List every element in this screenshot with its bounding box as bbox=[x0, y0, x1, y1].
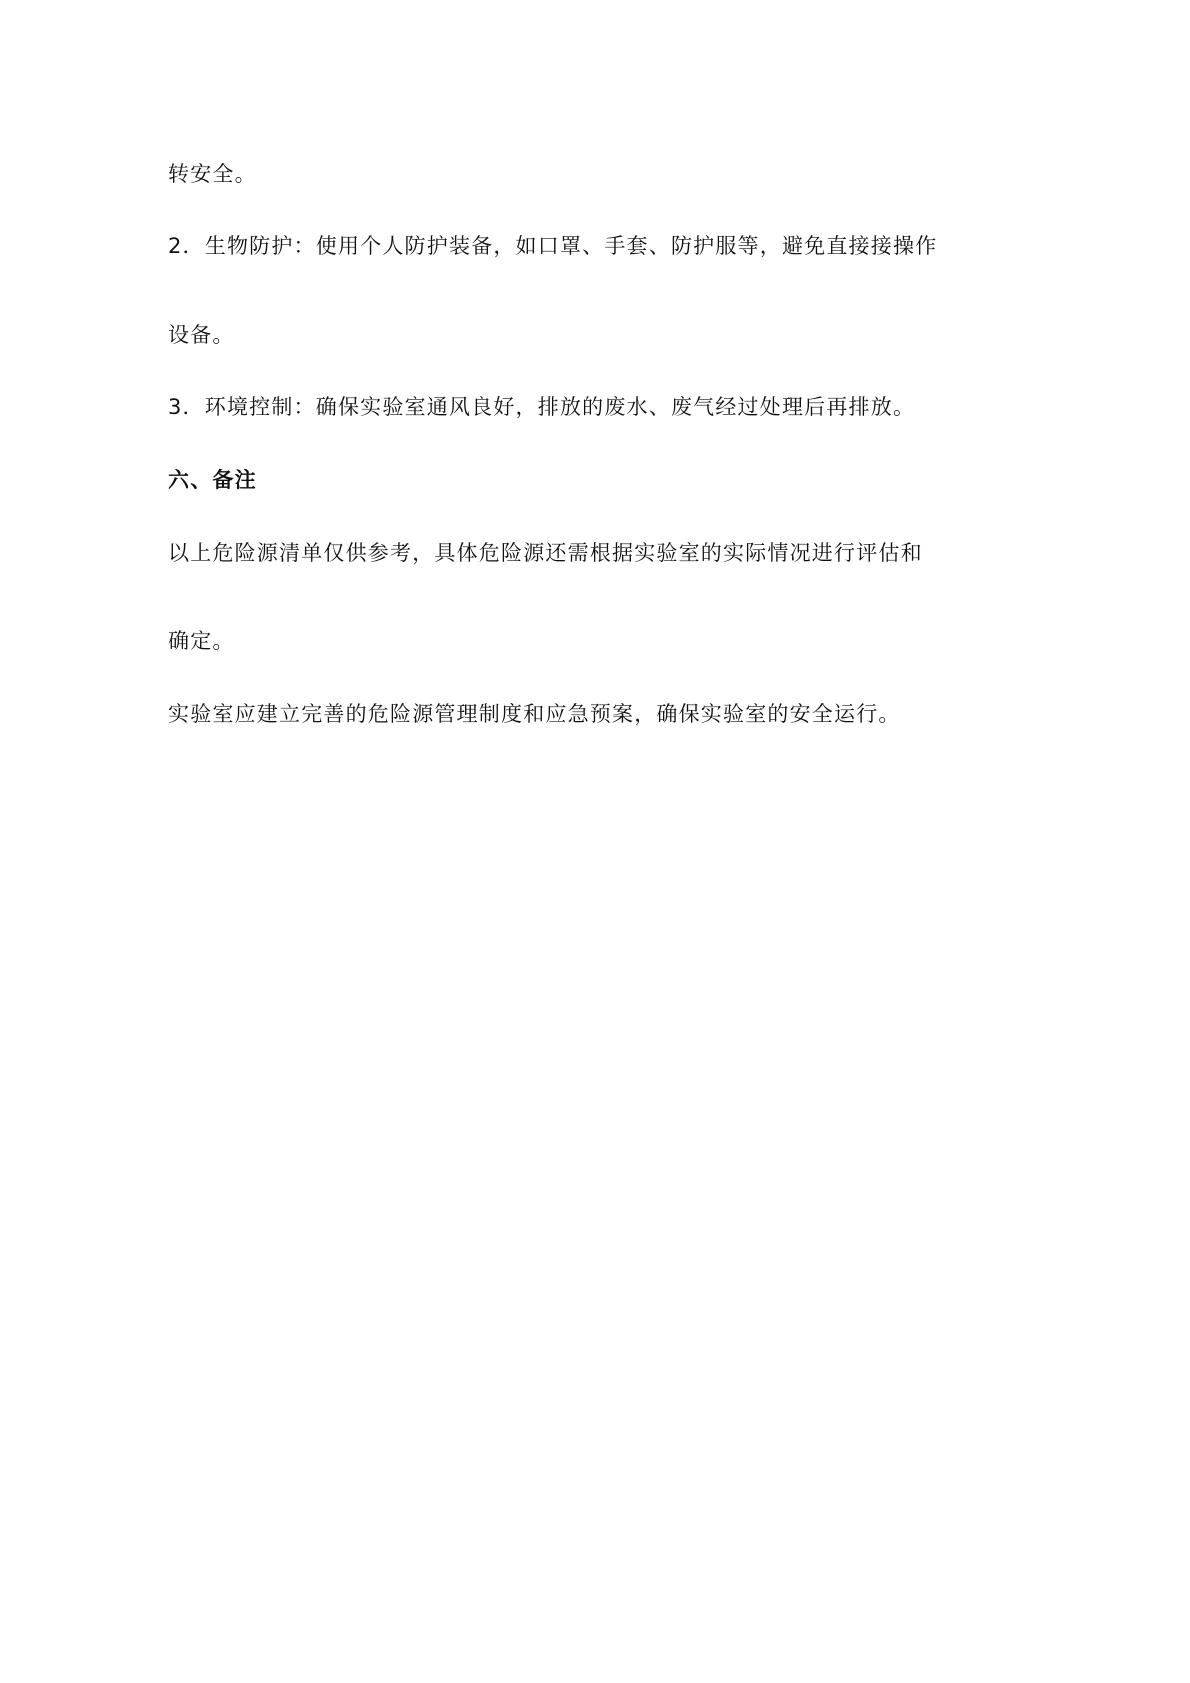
section-heading: 六、备注 bbox=[168, 470, 257, 491]
paragraph-line: 实验室应建立完善的危险源管理制度和应急预案，确保实验室的安全运行。 bbox=[168, 704, 901, 725]
paragraph-line: 确定。 bbox=[168, 631, 235, 652]
paragraph-line: 转安全。 bbox=[168, 164, 257, 185]
paragraph-line: 以上危险源清单仅供参考，具体危险源还需根据实验室的实际情况进行评估和 bbox=[168, 543, 923, 564]
paragraph-line: 设备。 bbox=[168, 325, 235, 346]
paragraph-line: 3．环境控制：确保实验室通风良好，排放的废水、废气经过处理后再排放。 bbox=[168, 397, 915, 418]
paragraph-line: 2．生物防护：使用个人防护装备，如口罩、手套、防护服等，避免直接接操作 bbox=[168, 236, 937, 257]
